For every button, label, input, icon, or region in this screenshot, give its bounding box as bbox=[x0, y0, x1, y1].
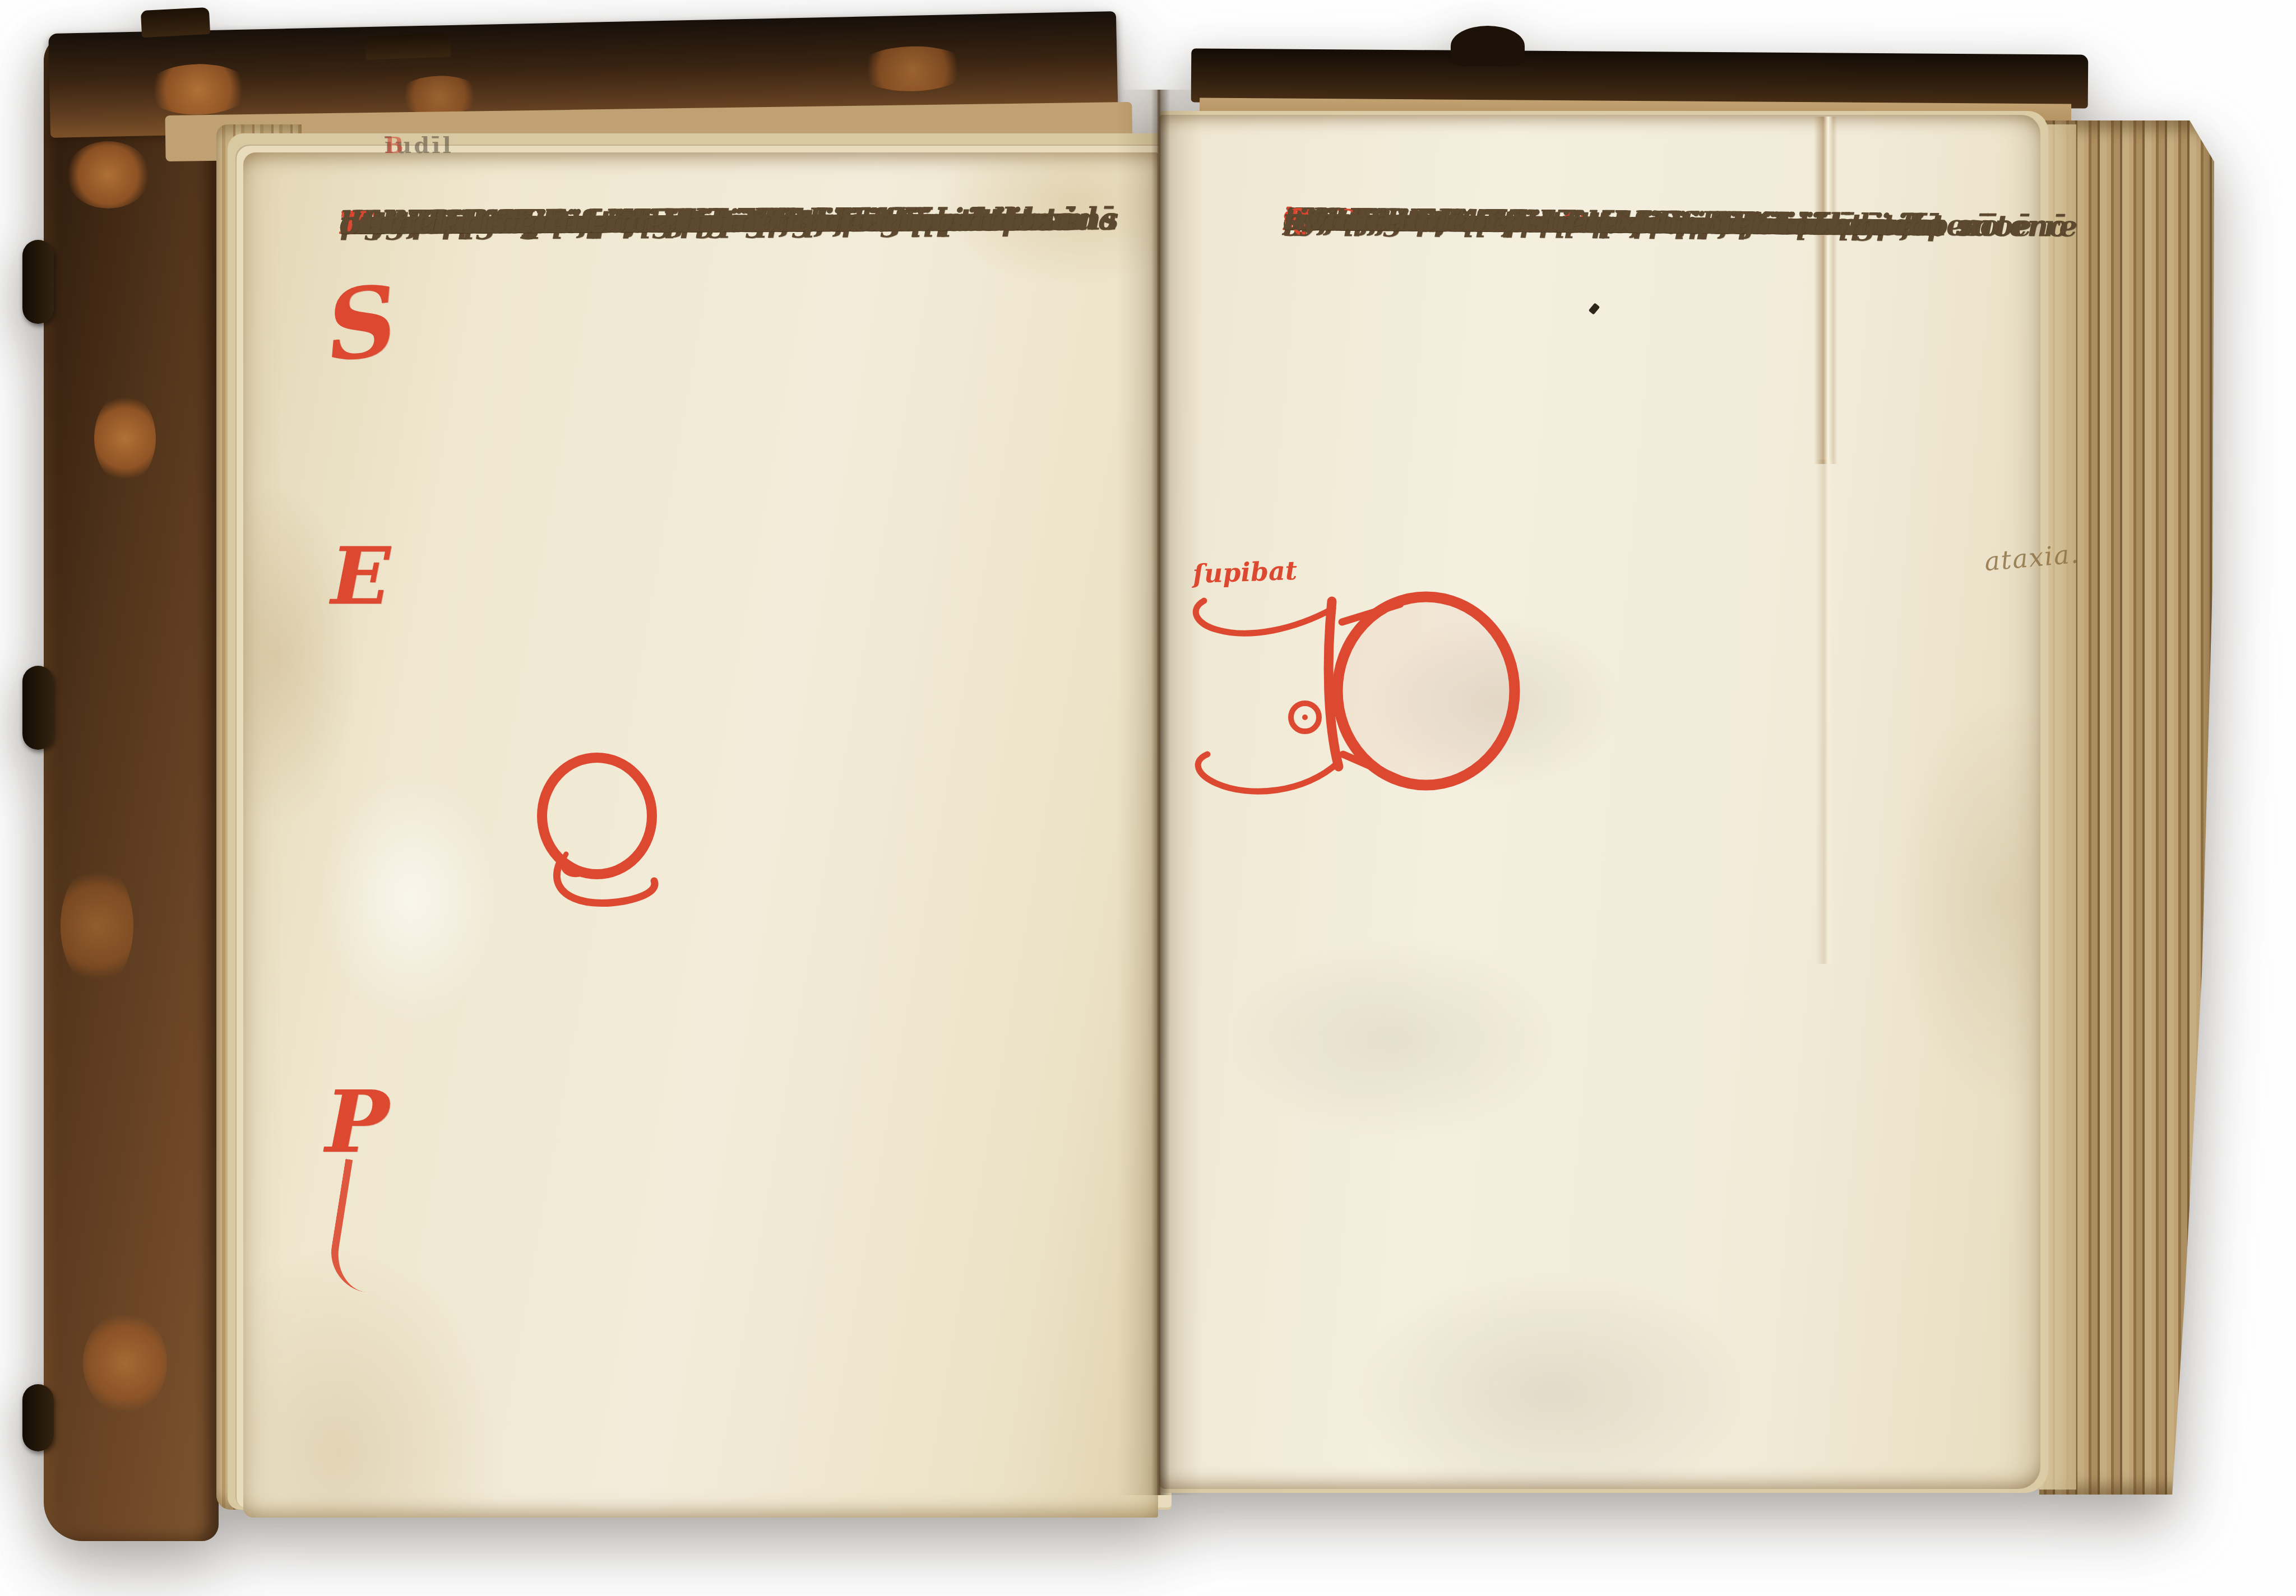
rust-patch bbox=[94, 393, 156, 483]
rust-patch bbox=[397, 75, 482, 116]
rust-patch bbox=[144, 63, 252, 115]
ink-text: būt et dicent ecce homo q non posuit bbox=[340, 203, 1021, 238]
rust-patch bbox=[66, 141, 150, 208]
clasp-remnant bbox=[22, 666, 54, 750]
left-page-text-block: testametū meū p os tuū Tu vo odisti disc… bbox=[340, 203, 1124, 207]
margin-initial-p: P bbox=[325, 1084, 389, 1161]
inscription-mark: B bbox=[385, 132, 406, 159]
leather-tab bbox=[365, 33, 451, 59]
leather-board-left bbox=[44, 35, 219, 1541]
clasp-remnant bbox=[22, 240, 54, 324]
vellum-crease bbox=[1816, 460, 1835, 964]
leather-tab bbox=[141, 7, 210, 38]
manuscript-book: īudīl B testametū meū p os tuū Tu vo odi… bbox=[0, 0, 2296, 1596]
photo-canvas: īudīl B testametū meū p os tuū Tu vo odi… bbox=[0, 0, 2296, 1596]
ink-text: tivitatē plebis sue exultabit iacob bbox=[1284, 205, 1850, 239]
illuminated-initial-q bbox=[513, 749, 681, 922]
rust-patch bbox=[856, 45, 969, 92]
clasp-remnant bbox=[22, 1384, 54, 1451]
margin-initial-e: E bbox=[331, 541, 391, 612]
margin-initial-s: S bbox=[323, 277, 401, 370]
binding-bump bbox=[1451, 26, 1525, 66]
red-rubric: ſupibat bbox=[1192, 555, 1298, 589]
rust-patch bbox=[61, 864, 133, 987]
vellum-crease bbox=[1814, 117, 1837, 464]
rust-patch bbox=[83, 1312, 167, 1413]
illuminated-initial-d bbox=[1164, 576, 1570, 806]
